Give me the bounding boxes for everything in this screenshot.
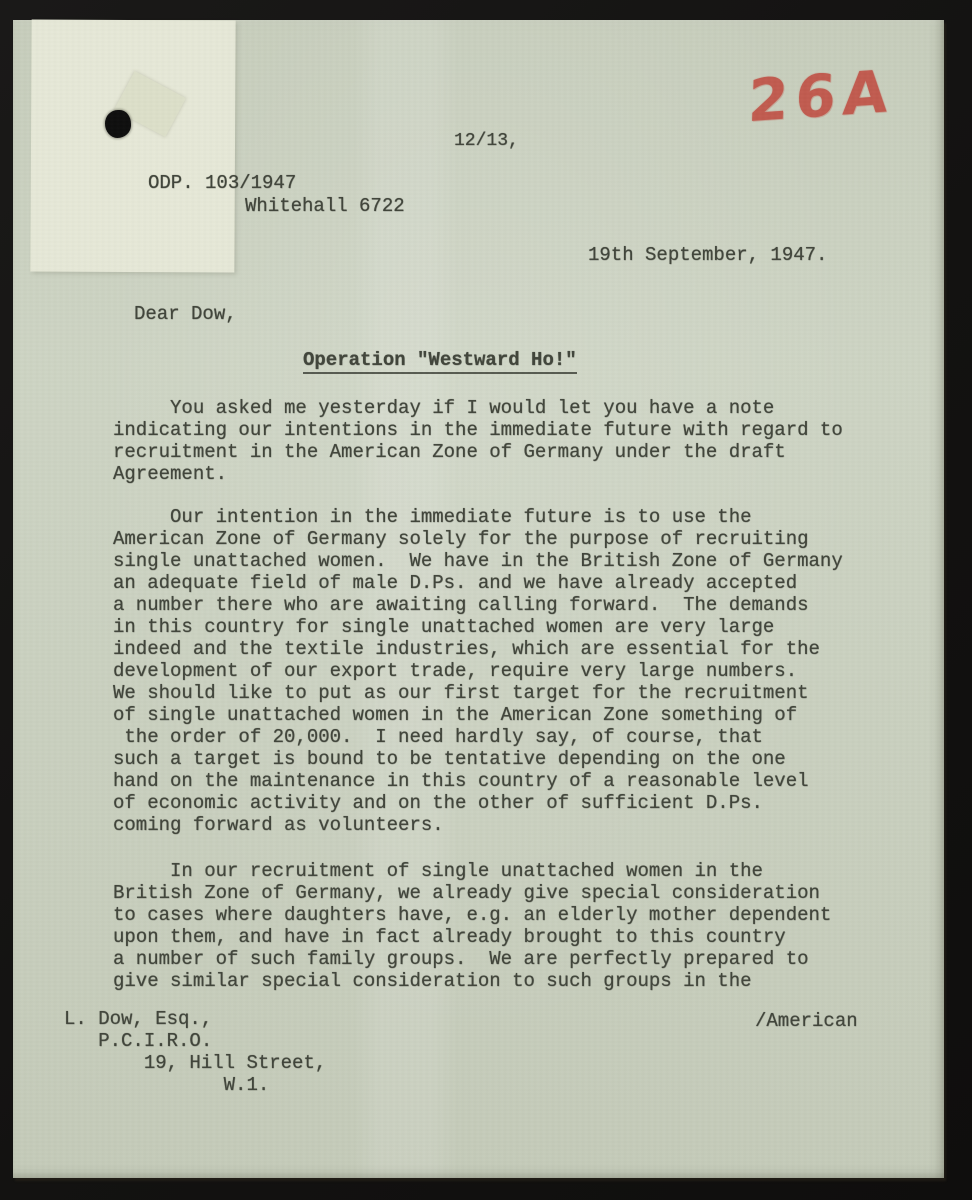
punch-hole [105,110,131,138]
date-line: 19th September, 1947. [588,244,827,266]
scanned-document: 26A 12/13, ODP. 103/1947 Whitehall 6722 … [0,0,972,1200]
paper-patch [30,19,235,272]
folio-annotation: 26A [747,57,896,136]
body-paragraph-1: You asked me yesterday if I would let yo… [113,397,913,485]
page-number: 12/13, [454,130,519,152]
body-paragraph-3: In our recruitment of single unattached … [113,860,913,992]
continuation-marker: /American [755,1010,858,1032]
subject-line: Operation "Westward Ho!" [303,349,577,374]
recipient-address: L. Dow, Esq., P.C.I.R.O. 19, Hill Street… [64,1008,326,1096]
reference-number: ODP. 103/1947 [148,172,296,194]
body-paragraph-2: Our intention in the immediate future is… [113,506,913,836]
salutation: Dear Dow, [134,303,237,325]
letter-page: 26A 12/13, ODP. 103/1947 Whitehall 6722 … [13,20,944,1178]
telephone-number: Whitehall 6722 [245,195,405,217]
